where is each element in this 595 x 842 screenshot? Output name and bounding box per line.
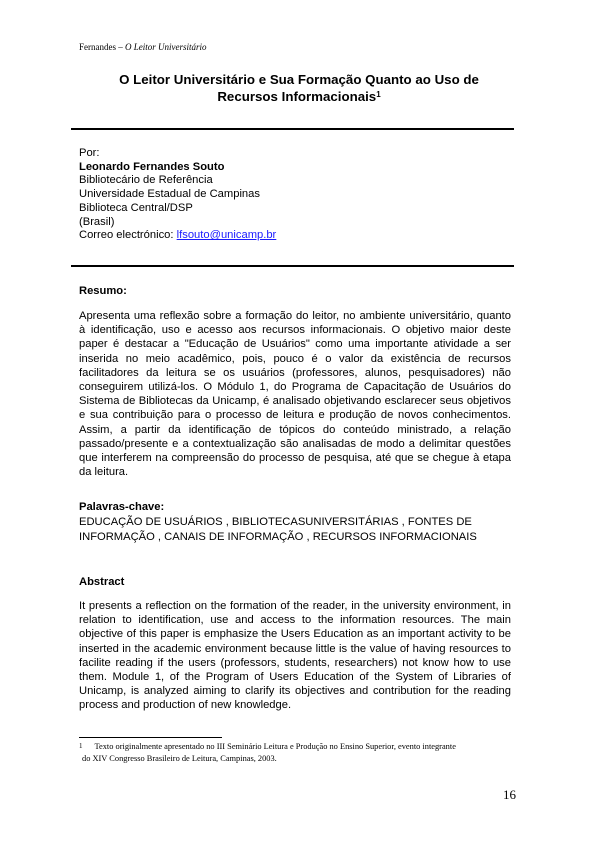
abstract-text: It presents a reflection on the formatio… — [79, 599, 511, 713]
running-head-author: Fernandes – — [79, 42, 125, 52]
footnote: 1Texto originalmente apresentado no III … — [79, 741, 511, 764]
running-head: Fernandes – O Leitor Universitário — [79, 42, 207, 52]
abstract-heading: Abstract — [79, 576, 124, 588]
author-role: Bibliotecário de Referência — [79, 174, 509, 188]
footnote-number: 1 — [79, 742, 83, 750]
author-country: (Brasil) — [79, 216, 509, 230]
footnote-separator — [79, 737, 222, 738]
running-head-title: O Leitor Universitário — [125, 42, 207, 52]
keywords-list: EDUCAÇÃO DE USUÁRIOS , BIBLIOTECASUNIVER… — [79, 515, 519, 544]
resumo-text: Apresenta uma reflexão sobre a formação … — [79, 309, 511, 479]
author-email-line: Correo electrónico: lfsouto@unicamp.br — [79, 229, 509, 243]
email-label: Correo electrónico: — [79, 229, 177, 241]
document-title: O Leitor Universitário e Sua Formação Qu… — [79, 71, 519, 105]
email-link[interactable]: lfsouto@unicamp.br — [177, 229, 277, 241]
keywords-line-2: INFORMAÇÃO , CANAIS DE INFORMAÇÃO , RECU… — [79, 530, 519, 545]
keywords-heading: Palavras-chave: — [79, 501, 164, 513]
document-page: Fernandes – O Leitor Universitário O Lei… — [0, 0, 595, 842]
author-block: Por: Leonardo Fernandes Souto Bibliotecá… — [79, 147, 509, 243]
title-line-1: O Leitor Universitário e Sua Formação Qu… — [79, 71, 519, 88]
keywords-line-1: EDUCAÇÃO DE USUÁRIOS , BIBLIOTECASUNIVER… — [79, 515, 519, 530]
bottom-divider — [71, 265, 514, 267]
title-footnote-marker[interactable]: 1 — [376, 90, 380, 99]
author-department: Biblioteca Central/DSP — [79, 202, 509, 216]
footnote-line-1: Texto originalmente apresentado no III S… — [95, 742, 456, 751]
page-number: 16 — [503, 787, 516, 803]
author-name: Leonardo Fernandes Souto — [79, 161, 509, 175]
by-label: Por: — [79, 147, 509, 161]
resumo-heading: Resumo: — [79, 285, 127, 297]
author-institution: Universidade Estadual de Campinas — [79, 188, 509, 202]
footnote-line-2: do XIV Congresso Brasileiro de Leitura, … — [79, 753, 511, 765]
top-divider — [71, 128, 514, 130]
title-line-2: Recursos Informacionais1 — [79, 88, 519, 105]
